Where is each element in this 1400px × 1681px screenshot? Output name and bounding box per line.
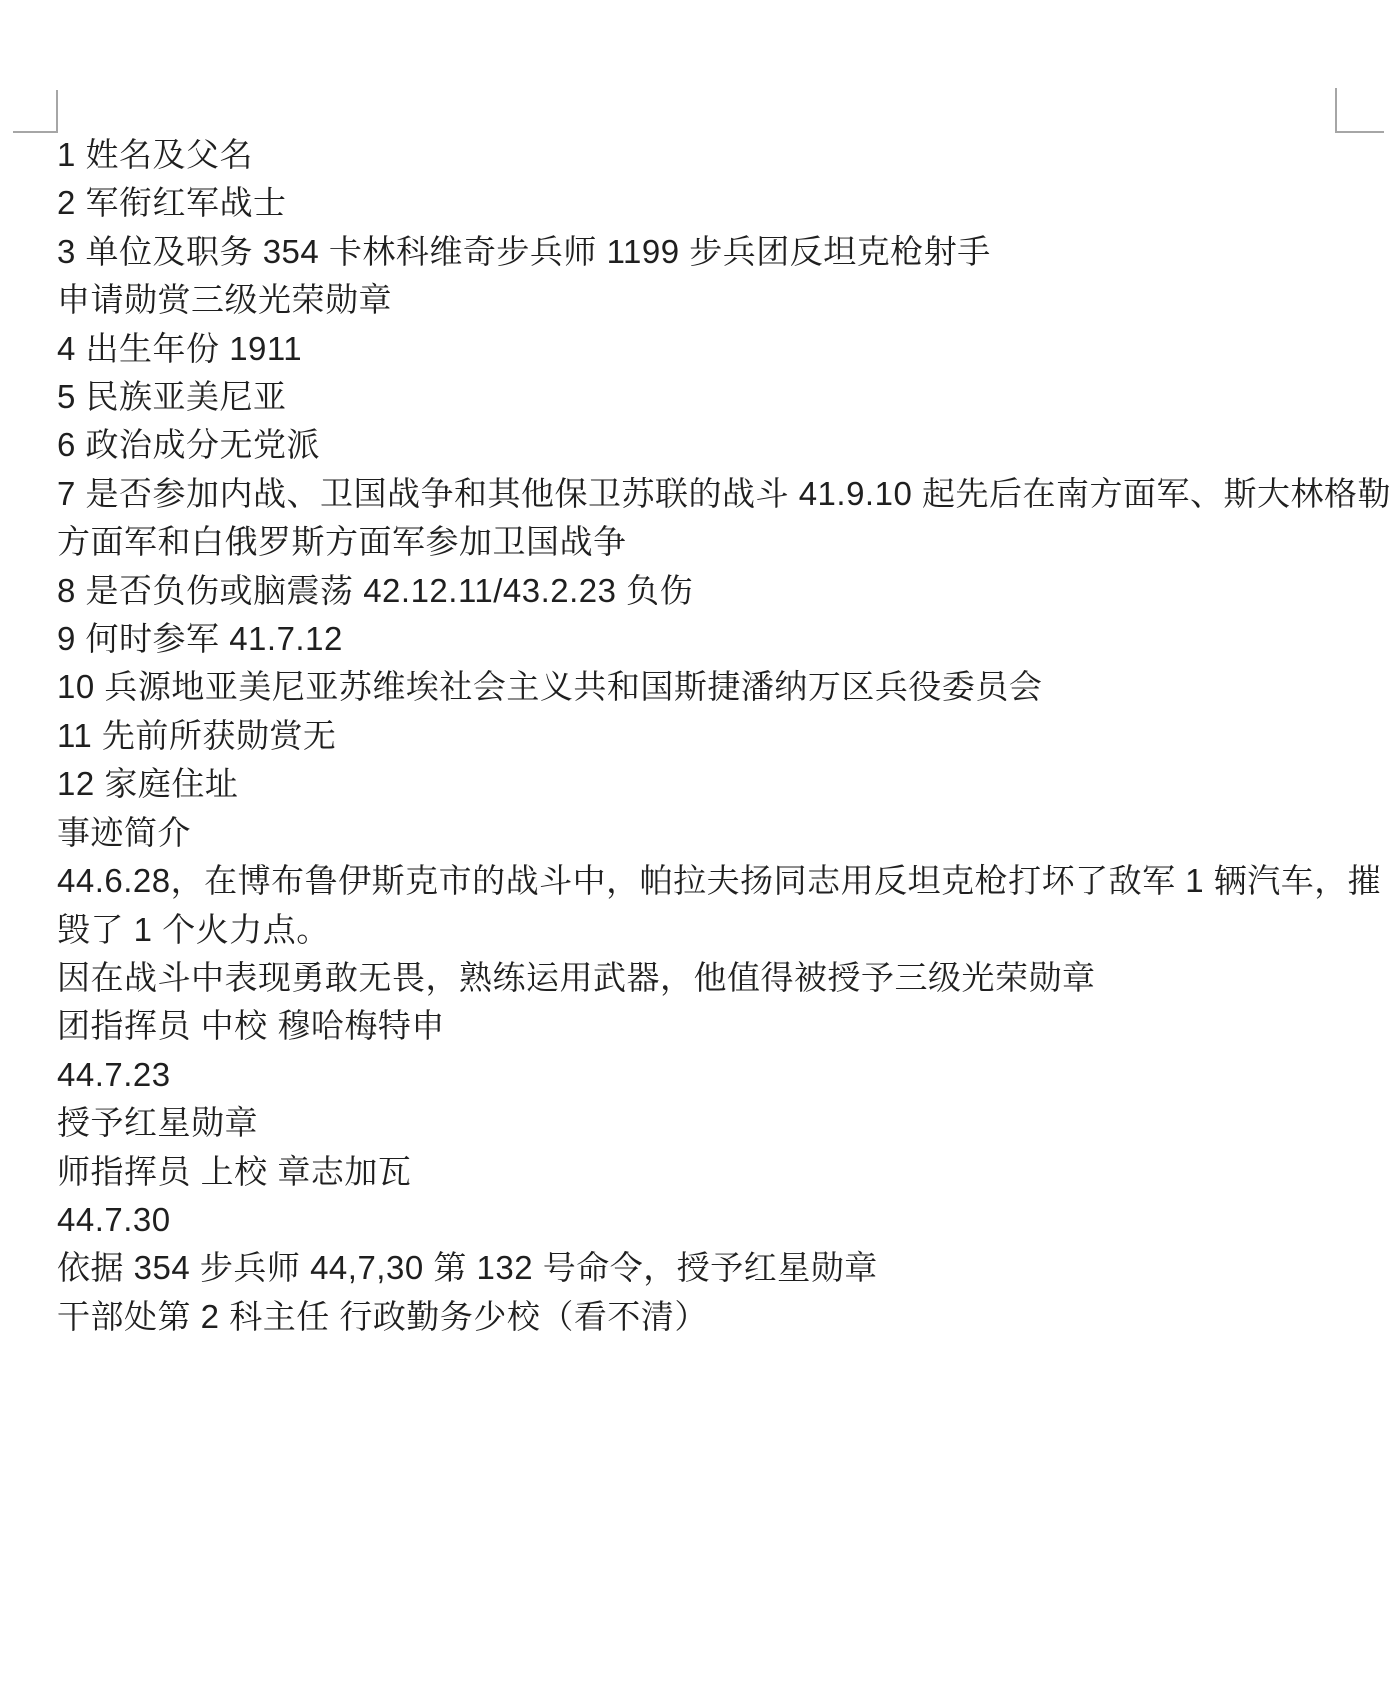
document-line: 授予红星勋章 [57, 1099, 1347, 1147]
document-line: 团指挥员 中校 穆哈梅特申 [57, 1002, 1347, 1050]
document-line: 7 是否参加内战、卫国战争和其他保卫苏联的战斗 41.9.10 起先后在南方面军… [57, 470, 1347, 518]
margin-corner-mark-top-right [1335, 88, 1384, 133]
margin-corner-mark-top-left [13, 90, 58, 133]
document-line: 3 单位及职务 354 卡林科维奇步兵师 1199 步兵团反坦克枪射手 [57, 228, 1347, 276]
document-body: 1 姓名及父名2 军衔红军战士3 单位及职务 354 卡林科维奇步兵师 1199… [57, 131, 1347, 1341]
document-line: 毁了 1 个火力点。 [57, 906, 1347, 954]
document-line: 12 家庭住址 [57, 760, 1347, 808]
document-line: 申请勋赏三级光荣勋章 [57, 276, 1347, 324]
document-line: 干部处第 2 科主任 行政勤务少校（看不清） [57, 1293, 1347, 1341]
document-line: 方面军和白俄罗斯方面军参加卫国战争 [57, 518, 1347, 566]
document-line: 6 政治成分无党派 [57, 421, 1347, 469]
screenshot-root: { "page": { "background": "#ffffff", "te… [0, 0, 1400, 1681]
document-page: 1 姓名及父名2 军衔红军战士3 单位及职务 354 卡林科维奇步兵师 1199… [0, 0, 1400, 1681]
document-line: 44.7.23 [57, 1051, 1347, 1099]
document-line: 2 军衔红军战士 [57, 179, 1347, 227]
document-line: 44.7.30 [57, 1196, 1347, 1244]
document-line: 依据 354 步兵师 44,7,30 第 132 号命令，授予红星勋章 [57, 1244, 1347, 1292]
document-line: 4 出生年份 1911 [57, 325, 1347, 373]
document-line: 事迹简介 [57, 809, 1347, 857]
document-line: 11 先前所获勋赏无 [57, 712, 1347, 760]
document-line: 5 民族亚美尼亚 [57, 373, 1347, 421]
document-line: 1 姓名及父名 [57, 131, 1347, 179]
document-line: 44.6.28，在博布鲁伊斯克市的战斗中，帕拉夫扬同志用反坦克枪打坏了敌军 1 … [57, 857, 1347, 905]
document-line: 8 是否负伤或脑震荡 42.12.11/43.2.23 负伤 [57, 567, 1347, 615]
document-line: 因在战斗中表现勇敢无畏，熟练运用武器，他值得被授予三级光荣勋章 [57, 954, 1347, 1002]
document-line: 10 兵源地亚美尼亚苏维埃社会主义共和国斯捷潘纳万区兵役委员会 [57, 663, 1347, 711]
document-line: 9 何时参军 41.7.12 [57, 615, 1347, 663]
document-line: 师指挥员 上校 章志加瓦 [57, 1148, 1347, 1196]
